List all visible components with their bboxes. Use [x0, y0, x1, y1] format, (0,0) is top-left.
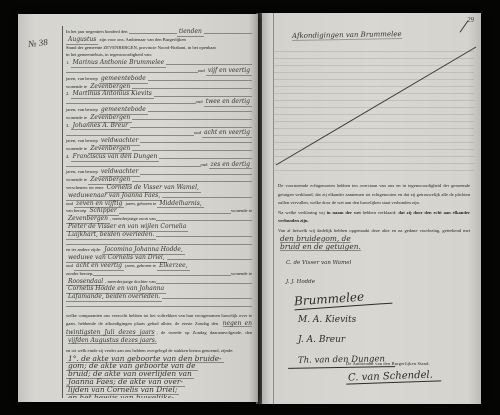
printed-text: in naam der wet	[327, 210, 361, 215]
signature: C. de Visser van Wamel	[286, 260, 351, 266]
printed-text: wonende te	[66, 114, 88, 122]
ruled-fill-line	[162, 297, 252, 299]
printed-text: In het jaar negentien honderd den	[66, 28, 129, 36]
left-page: № 38 In het jaar negentien honderd den t…	[18, 14, 258, 402]
printed-text: Na welke verklaring wij	[278, 210, 327, 215]
handwritten-text: en het bewijs van huwelijks-	[66, 394, 176, 398]
printed-text: Stand der gemeente ZEVENBERGEN, provinci…	[66, 44, 216, 52]
ruled-fill-line	[130, 126, 252, 128]
printed-text: zonder beroep,	[66, 270, 93, 278]
printed-text: oud	[196, 98, 204, 106]
text-line: wonende te Zevenbergen	[66, 114, 252, 122]
handwritten-text: Elkerzee,	[157, 262, 190, 271]
ruled-fill-line	[156, 219, 252, 221]
text-line: in het gemeentehuis, in tegenwoordigheid…	[66, 51, 252, 59]
ruled-fill-line	[66, 305, 252, 307]
officiant-signature: C. van Schendel.	[346, 369, 441, 384]
right-page-content: 29 Afkondigingen van Brummelee De voorno…	[262, 13, 481, 404]
text-line: jaren, van beroep veldwachter	[66, 168, 252, 176]
text-line: verschenen: ter eene Cornelis de Visser …	[66, 184, 252, 192]
handwritten-text: Lafamande, beiden overleden.	[66, 293, 162, 302]
ruled-fill-line	[132, 118, 252, 120]
text-line: van beroep Schipperwonende te	[66, 207, 252, 215]
text-line: oud twee en dertig	[66, 98, 252, 106]
text-line: oud vijf en veertig	[66, 67, 252, 75]
printed-text: wonende te	[231, 207, 252, 215]
void-diagonal-stroke	[262, 13, 481, 183]
printed-text: zijn voor ons, Ambtenaar van den Burgerl…	[98, 36, 185, 44]
printed-text: jaren, geboren te	[124, 262, 157, 270]
text-line: 3. Johannes A. Breur	[66, 122, 252, 130]
printed-text: wonende te	[231, 270, 252, 278]
text-line: Van al hetwelk wij dadelijk hebben opgem…	[278, 225, 470, 241]
text-line: Augustus zijn voor ons, Ambtenaar van de…	[66, 36, 252, 44]
ruled-fill-line	[66, 134, 194, 136]
signature: M. A. Kievits	[298, 315, 356, 325]
signature-row: J. A. Breur	[280, 327, 470, 347]
closing-paragraphs: De voornoemde echtgenooten hebben ten ov…	[278, 179, 470, 251]
handwritten-text: Franciscus van den Dungen	[71, 153, 160, 162]
printed-text: hebben verklaard:	[361, 210, 399, 215]
ruled-fill-line	[166, 63, 252, 65]
handwritten-text: twee en dertig	[204, 98, 252, 107]
printed-text: oud	[66, 262, 74, 270]
text-line: en het bewijs van huwelijks-	[66, 394, 252, 398]
text-line: en tot welk einde zij verder aan ons heb…	[66, 345, 252, 354]
printed-text: oud	[194, 129, 202, 137]
text-line: Pieter de Visser en van wijlen Cornelia	[66, 223, 252, 231]
text-line: Na welke verklaring wij in naam der wet …	[278, 207, 470, 224]
signature-row: M. A. Kievits	[280, 307, 470, 327]
text-line: Lafamande, beiden overleden.	[66, 293, 252, 301]
text-line: oud zes en dertig	[66, 161, 252, 169]
handwritten-text: vijf en veertig	[206, 67, 252, 76]
ruled-fill-line	[132, 149, 252, 151]
text-line: en ter andere zijde: Jacomina Johanna Ho…	[66, 246, 252, 254]
text-line: Luijkhart, beiden overleden.	[66, 231, 252, 239]
ruled-fill-line	[154, 95, 252, 97]
text-line: zonder beroep,wonende te	[66, 270, 252, 278]
signature-row: Brummelee	[280, 287, 470, 307]
text-line: Zevenbergen, meerderjarige zoon van	[66, 215, 252, 223]
printed-text: oud	[66, 200, 74, 208]
printed-text: verschenen: ter eene	[66, 184, 105, 192]
printed-text: , meerderjarige zoon van	[110, 215, 156, 223]
ruled-fill-line	[162, 196, 252, 198]
handwritten-text: Luijkhart, beiden overleden.	[66, 231, 156, 240]
ruled-fill-line	[66, 165, 201, 167]
text-line: jaren, van beroep gemeentebode	[66, 75, 252, 83]
handwritten-text: acht en veertig	[202, 129, 252, 138]
handwritten-text: Johannes A. Breur	[71, 122, 130, 131]
text-line: Roosendaal, meerderjarige dochter van	[66, 278, 252, 286]
right-page: 29 Afkondigingen van Brummelee De voorno…	[262, 13, 481, 404]
text-line: In het jaar negentien honderd den tiende…	[66, 28, 252, 36]
ruled-fill-line	[119, 212, 231, 214]
ruled-fill-line	[156, 282, 252, 284]
ruled-fill-line	[148, 110, 252, 112]
ruled-fill-line	[148, 79, 252, 81]
text-line: 1. Marinus Anthonie Brummelee	[66, 59, 252, 67]
ruled-fill-line	[156, 235, 252, 237]
ruled-fill-line	[129, 32, 177, 34]
text-line: jaren, van beroep veldwachter	[66, 137, 252, 145]
text-line: jaren, van beroep gemeentebode	[66, 106, 252, 114]
text-line: oud acht en veertig	[66, 129, 252, 137]
text-line: wonende te Zevenbergen	[66, 176, 252, 184]
ruled-fill-line	[132, 180, 252, 182]
printed-text: in het gemeentehuis, in tegenwoordigheid…	[66, 51, 152, 59]
printed-text: oud	[198, 67, 206, 75]
printed-text: oud	[201, 161, 209, 169]
printed-text: jaren, geboren te	[124, 200, 157, 208]
act-number: № 38	[28, 37, 49, 49]
handwritten-text: Middelharnis,	[157, 200, 203, 209]
signature: J. A. Breur	[298, 335, 345, 345]
ruled-fill-line	[66, 102, 196, 104]
printed-text: en ter andere zijde:	[66, 246, 102, 254]
signature: Brummelee	[294, 288, 393, 311]
handwritten-text: Marinus Anthonie Brummelee	[71, 59, 167, 68]
printed-text: wonende te	[66, 176, 88, 184]
text-line: De voornoemde echtgenooten hebben ten ov…	[278, 180, 470, 206]
ruled-fill-line	[204, 32, 252, 34]
text-line: Stand der gemeente ZEVENBERGEN, provinci…	[66, 44, 252, 52]
signature-row: C. de Visser van Wamel	[280, 249, 470, 268]
ruled-fill-line	[93, 274, 231, 276]
printed-text: Van al hetwelk wij dadelijk hebben opgem…	[278, 228, 470, 233]
left-page-form: In het jaar negentien honderd den tiende…	[62, 26, 254, 398]
printed-text: jaren, van beroep	[66, 75, 99, 83]
printed-text: wonende te	[66, 145, 88, 153]
printed-text: , de tweede op Zondag daaraanvolgende, d…	[157, 330, 252, 335]
text-line	[66, 301, 252, 309]
printed-text: jaren, van beroep	[66, 168, 99, 176]
text-line: 2. Martinus Antonius Kievits	[66, 90, 252, 98]
officiant-block: De Ambtenaar van den Burgerlijken Stand,…	[346, 361, 474, 384]
text-line: weduwe van Cornelis van Driel,	[66, 254, 252, 262]
text-line: wonende te Zevenbergen	[66, 83, 252, 91]
text-line: weduwenaar van Joanna Faes,	[66, 192, 252, 200]
printed-text: en tot welk einde zij verder aan ons heb…	[66, 348, 233, 353]
text-line: oud zeven en vijftig jaren, geboren te M…	[66, 200, 252, 208]
printed-text: jaren, van beroep	[66, 137, 99, 145]
text-line	[66, 239, 252, 247]
ruled-fill-line	[66, 243, 252, 245]
printed-text: wonende te	[66, 83, 88, 91]
document-scan: № 38 In het jaar negentien honderd den t…	[0, 0, 500, 415]
officiant-label: De Ambtenaar van den Burgerlijken Stand,	[346, 361, 474, 366]
signature: J. J. Hodde	[286, 279, 315, 285]
text-line: welke comparanten ons verzocht hebben to…	[66, 310, 252, 344]
printed-text: De voornoemde echtgenooten hebben ten ov…	[278, 183, 470, 205]
printed-text: , meerderjarige dochter van	[105, 278, 156, 286]
text-line: Cornelis Hodde en van Johanna	[66, 285, 252, 293]
text-line: wonende te Zevenbergen	[66, 145, 252, 153]
handwritten-text: Martinus Antonius Kievits	[71, 90, 154, 99]
signature-block: C. de Visser van WamelJ. J. HoddeBrummel…	[280, 249, 470, 368]
ruled-fill-line	[159, 157, 252, 159]
ruled-fill-line	[66, 71, 198, 73]
printed-text: van beroep	[66, 207, 87, 215]
ruled-fill-line	[140, 141, 252, 143]
ruled-fill-line	[140, 173, 252, 175]
handwritten-text: vijfden Augustus dezes jaars.	[66, 337, 159, 344]
printed-text: jaren, van beroep	[66, 106, 99, 114]
signature-row: J. J. Hodde	[280, 268, 470, 287]
text-line: oud acht en veertig jaren, geboren te El…	[66, 262, 252, 270]
handwritten-text: zes en dertig	[209, 161, 252, 170]
ruled-fill-line	[132, 87, 252, 89]
text-line: 4. Franciscus van den Dungen	[66, 153, 252, 161]
ruled-fill-line	[167, 258, 252, 260]
